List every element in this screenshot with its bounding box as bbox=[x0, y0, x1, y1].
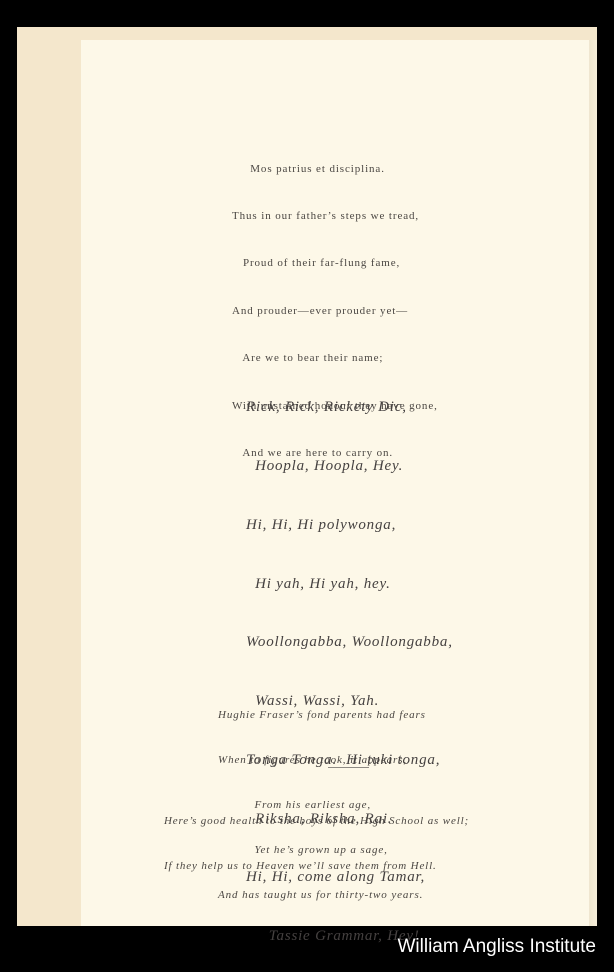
limerick-line: Hughie Fraser’s fond parents had fears bbox=[218, 708, 426, 723]
motto-line: And prouder—ever prouder yet— bbox=[232, 304, 438, 320]
motto-line: Mos patrius et disciplina. bbox=[232, 162, 438, 178]
motto-line: Thus in our father’s steps we tread, bbox=[232, 209, 438, 225]
toast-line: Here’s good health to the boys of the Hi… bbox=[164, 814, 469, 829]
chant-line: Hi yah, Hi yah, hey. bbox=[246, 575, 453, 595]
institution-caption: William Angliss Institute bbox=[397, 936, 596, 958]
toast-line: If they help us to Heaven we’ll save the… bbox=[164, 859, 469, 874]
chant-line: Woollongabba, Woollongabba, bbox=[246, 633, 453, 653]
limerick-line: And has taught us for thirty-two years. bbox=[218, 888, 426, 903]
page-edge bbox=[589, 40, 597, 926]
section-divider bbox=[328, 767, 369, 768]
limerick-line: When to figures he took, it appears, bbox=[218, 753, 426, 768]
motto-line: Proud of their far-flung fame, bbox=[232, 256, 438, 272]
chant-line: Hoopla, Hoopla, Hey. bbox=[246, 457, 453, 477]
toast-stanza: Here’s good health to the boys of the Hi… bbox=[164, 784, 469, 889]
chant-line: Rick, Rick, Rickety Dic, bbox=[246, 398, 453, 418]
chant-line: Hi, Hi, Hi polywonga, bbox=[246, 516, 453, 536]
